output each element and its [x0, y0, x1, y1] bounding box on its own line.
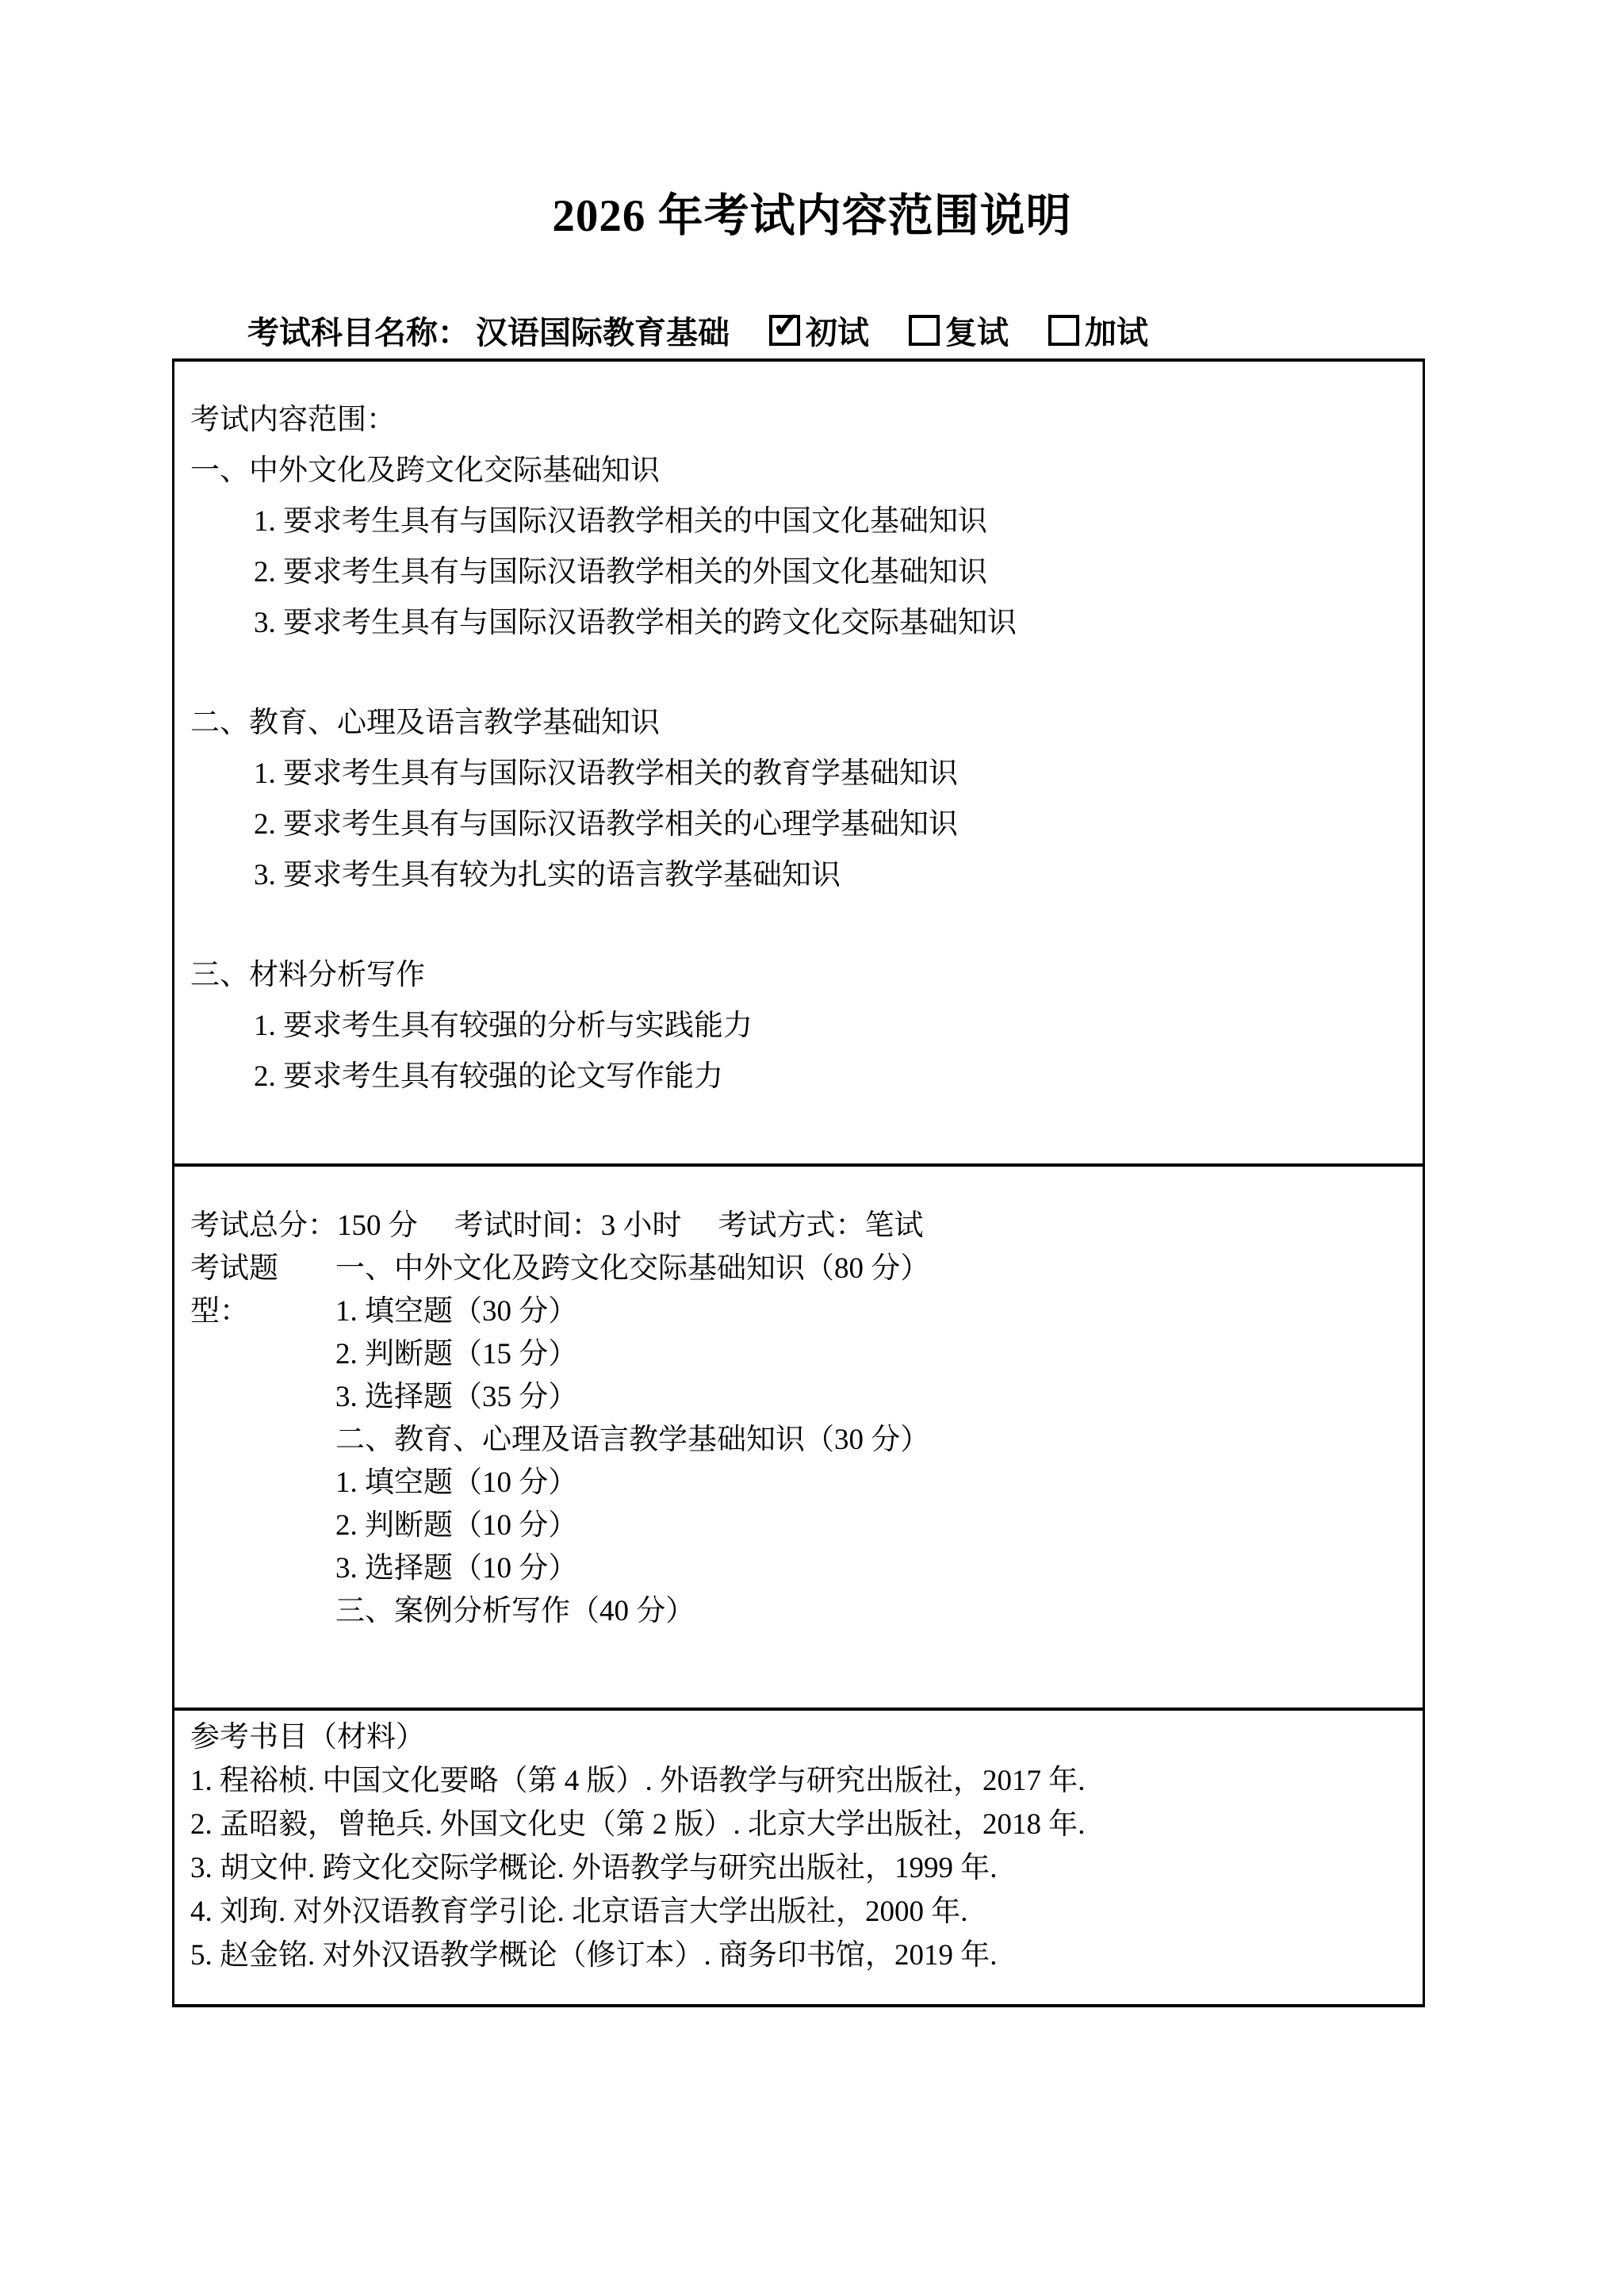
scope-item: 2. 要求考生具有较强的论文写作能力 — [190, 1052, 1399, 1102]
scope-item: 1. 要求考生具有较强的分析与实践能力 — [190, 1001, 1399, 1052]
question-type-line: 3. 选择题（35 分） — [335, 1376, 1399, 1419]
references-heading: 参考书目（材料） — [190, 1715, 1399, 1759]
exam-time-label: 考试时间： — [454, 1209, 601, 1242]
scope-group-title: 一、中外文化及跨文化交际基础知识 — [190, 446, 1399, 496]
scope-item: 1. 要求考生具有与国际汉语教学相关的中国文化基础知识 — [190, 496, 1399, 547]
checkbox-unchecked-icon[interactable] — [909, 315, 940, 346]
checkbox-checked-icon[interactable]: ✓ — [769, 315, 800, 346]
exam-method: 考试方式：笔试 — [718, 1209, 924, 1242]
checkbox-label-additional-exam: 加试 — [1085, 315, 1148, 351]
reference-item: 5. 赵金铭. 对外汉语教学概论（修订本）. 商务印书馆，2019 年. — [190, 1934, 1399, 1977]
exam-total-score: 考试总分：150 分 — [190, 1209, 418, 1242]
check-mark-icon: ✓ — [772, 309, 801, 343]
page-title: 2026 年考试内容范围说明 — [0, 0, 1624, 244]
content-scope-section: 考试内容范围： 一、中外文化及跨文化交际基础知识 1. 要求考生具有与国际汉语教… — [174, 362, 1423, 1163]
question-type-line: 二、教育、心理及语言教学基础知识（30 分） — [335, 1419, 1399, 1462]
checkbox-group-second-exam[interactable]: 复试 — [909, 315, 1017, 351]
reference-item: 4. 刘珣. 对外汉语教育学引论. 北京语言大学出版社，2000 年. — [190, 1890, 1399, 1934]
exam-time: 考试时间：3 小时 — [454, 1209, 682, 1242]
subject-label: 考试科目名称： — [247, 315, 469, 351]
exam-total-label: 考试总分： — [190, 1209, 337, 1242]
question-type-line: 三、案例分析写作（40 分） — [335, 1590, 1399, 1633]
question-types-label: 考试题型： — [190, 1248, 335, 1333]
reference-item: 3. 胡文仲. 跨文化交际学概论. 外语教学与研究出版社，1999 年. — [190, 1846, 1399, 1890]
scope-group-culture: 一、中外文化及跨文化交际基础知识 1. 要求考生具有与国际汉语教学相关的中国文化… — [190, 446, 1399, 649]
scope-item: 1. 要求考生具有与国际汉语教学相关的教育学基础知识 — [190, 749, 1399, 799]
checkbox-label-second-exam: 复试 — [945, 315, 1009, 351]
question-type-line: 1. 填空题（10 分） — [335, 1462, 1399, 1504]
scope-item: 2. 要求考生具有与国际汉语教学相关的心理学基础知识 — [190, 799, 1399, 850]
exam-method-label: 考试方式： — [718, 1209, 865, 1242]
scope-item: 3. 要求考生具有与国际汉语教学相关的跨文化交际基础知识 — [190, 598, 1399, 649]
reference-item: 2. 孟昭毅，曾艳兵. 外国文化史（第 2 版）. 北京大学出版社，2018 年… — [190, 1803, 1399, 1846]
scope-group-title: 三、材料分析写作 — [190, 950, 1399, 1001]
exam-summary-line: 考试总分：150 分考试时间：3 小时考试方式：笔试 — [190, 1205, 1399, 1248]
scope-item: 3. 要求考生具有较为扎实的语言教学基础知识 — [190, 850, 1399, 901]
question-type-line: 一、中外文化及跨文化交际基础知识（80 分） — [335, 1248, 1399, 1290]
scope-item: 2. 要求考生具有与国际汉语教学相关的外国文化基础知识 — [190, 547, 1399, 598]
scope-group-title: 二、教育、心理及语言教学基础知识 — [190, 698, 1399, 749]
question-type-line: 2. 判断题（10 分） — [335, 1504, 1399, 1547]
checkbox-group-first-exam[interactable]: ✓初试 — [769, 315, 877, 351]
document-page: 2026 年考试内容范围说明 考试科目名称：汉语国际教育基础 ✓初试 复试 加试… — [0, 0, 1624, 2007]
content-scope-heading: 考试内容范围： — [190, 395, 1399, 446]
question-types-row: 考试题型： 一、中外文化及跨文化交际基础知识（80 分） 1. 填空题（30 分… — [190, 1248, 1399, 1633]
exam-description-box: 考试内容范围： 一、中外文化及跨文化交际基础知识 1. 要求考生具有与国际汉语教… — [172, 358, 1425, 2007]
question-type-line: 2. 判断题（15 分） — [335, 1333, 1399, 1376]
question-type-line: 3. 选择题（10 分） — [335, 1547, 1399, 1590]
checkbox-group-additional-exam[interactable]: 加试 — [1048, 315, 1148, 351]
reference-item: 1. 程裕桢. 中国文化要略（第 4 版）. 外语教学与研究出版社，2017 年… — [190, 1759, 1399, 1803]
question-types-list: 一、中外文化及跨文化交际基础知识（80 分） 1. 填空题（30 分） 2. 判… — [335, 1248, 1399, 1633]
exam-info-section: 考试总分：150 分考试时间：3 小时考试方式：笔试 考试题型： 一、中外文化及… — [174, 1163, 1423, 1708]
subject-line: 考试科目名称：汉语国际教育基础 ✓初试 复试 加试 — [247, 311, 1624, 355]
exam-time-value: 3 小时 — [601, 1209, 682, 1242]
scope-group-education: 二、教育、心理及语言教学基础知识 1. 要求考生具有与国际汉语教学相关的教育学基… — [190, 698, 1399, 901]
exam-method-value: 笔试 — [865, 1209, 924, 1242]
question-type-line: 1. 填空题（30 分） — [335, 1290, 1399, 1333]
exam-total-value: 150 分 — [337, 1209, 418, 1242]
checkbox-label-first-exam: 初试 — [806, 315, 869, 351]
checkbox-unchecked-icon[interactable] — [1048, 315, 1079, 346]
subject-name: 汉语国际教育基础 — [476, 315, 730, 351]
scope-group-writing: 三、材料分析写作 1. 要求考生具有较强的分析与实践能力 2. 要求考生具有较强… — [190, 950, 1399, 1102]
references-section: 参考书目（材料） 1. 程裕桢. 中国文化要略（第 4 版）. 外语教学与研究出… — [174, 1708, 1423, 2007]
